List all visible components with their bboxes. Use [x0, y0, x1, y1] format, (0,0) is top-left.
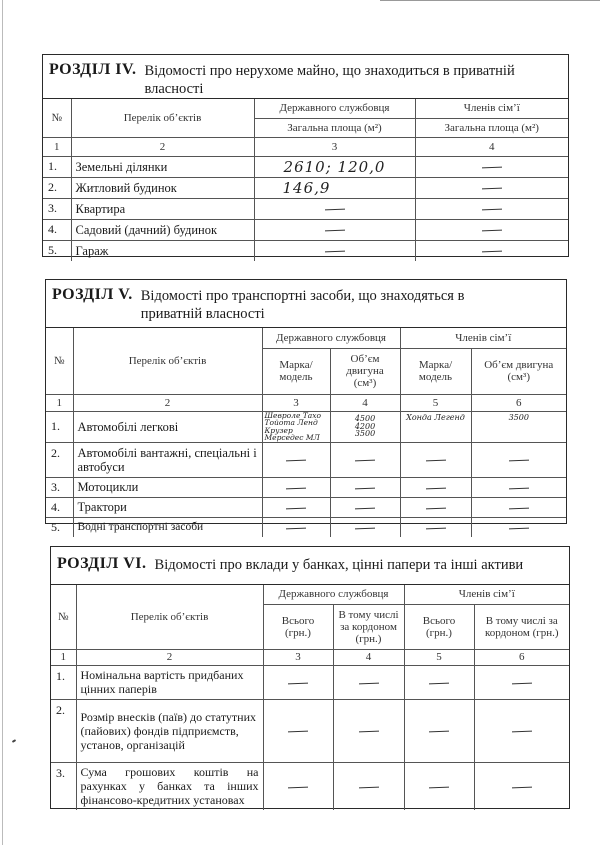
col-header-no: №	[46, 328, 73, 394]
table-row: 2. Житловий будинок 146,9	[43, 177, 568, 198]
page-edge	[380, 0, 600, 1]
col-header-abroad: В тому числі за кордоном (грн.)	[333, 604, 404, 649]
column-number: 1	[46, 394, 73, 411]
row-number: 3.	[43, 198, 71, 219]
table-row: 2. Автомобілі вантажні, спеціальні і авт…	[46, 442, 566, 477]
dash-value	[333, 665, 404, 699]
dash-value	[263, 762, 333, 810]
row-item: Гараж	[71, 240, 254, 261]
dash-mark	[288, 786, 308, 788]
col-header-objects: Перелік об’єктів	[73, 328, 262, 394]
row-item: Трактори	[73, 497, 262, 517]
col-header-civil-servant: Державного службовця	[254, 99, 415, 118]
table-row: 1. Номінальна вартість придбаних цінних …	[51, 665, 569, 699]
dash-value	[262, 497, 330, 517]
column-number: 1	[43, 137, 71, 156]
row-number: 5.	[46, 517, 73, 537]
dash-value	[415, 177, 568, 198]
section-title: Відомості про транспортні засоби, що зна…	[141, 286, 471, 327]
row-item: Автомобілі легкові	[73, 411, 262, 442]
col-header-make-model: Марка/ модель	[400, 348, 471, 394]
col-header-civil-servant: Державного службовця	[263, 585, 404, 604]
dash-value	[474, 699, 569, 762]
table-row: 3. Квартира	[43, 198, 568, 219]
column-number: 5	[400, 394, 471, 411]
row-number: 1.	[46, 411, 73, 442]
col-header-family: Членів сім’ї	[415, 99, 568, 118]
dash-mark	[429, 786, 449, 788]
scan-speck	[12, 739, 16, 743]
handwritten-value: 2610; 120,0	[254, 156, 415, 177]
row-number: 4.	[43, 219, 71, 240]
handwritten-value: Мерседес МЛ	[265, 434, 330, 442]
table-row: 5. Водні транспортні засоби	[46, 517, 566, 537]
column-number: 4	[415, 137, 568, 156]
column-number: 2	[71, 137, 254, 156]
dash-mark	[358, 786, 378, 788]
dash-mark	[512, 682, 532, 684]
dash-mark	[509, 507, 529, 509]
dash-value	[400, 442, 471, 477]
dash-value	[404, 762, 474, 810]
dash-value	[262, 442, 330, 477]
row-item: Житловий будинок	[71, 177, 254, 198]
table-row: 2. Розмір внесків (паїв) до статутних (п…	[51, 699, 569, 762]
dash-mark	[288, 731, 308, 733]
dash-mark	[288, 682, 308, 684]
dash-mark	[482, 167, 502, 169]
dash-mark	[324, 230, 344, 232]
section-6-bank-assets: РОЗДІЛ VI. Відомості про вклади у банках…	[50, 546, 570, 809]
dash-mark	[286, 460, 306, 462]
col-header-engine: Об’єм двигуна (см³)	[330, 348, 400, 394]
col-header-objects: Перелік об’єктів	[71, 99, 254, 137]
handwritten-value: 146,9	[254, 177, 415, 198]
dash-value	[330, 477, 400, 497]
table-row: 1. Автомобілі легкові Шевроле Тахо Тойот…	[46, 411, 566, 442]
section-5-header: РОЗДІЛ V. Відомості про транспортні засо…	[46, 280, 566, 328]
dash-value	[471, 477, 566, 497]
row-item: Розмір внесків (паїв) до статутних (пайо…	[76, 699, 263, 762]
column-number: 6	[471, 394, 566, 411]
dash-value	[263, 699, 333, 762]
row-item: Водні транспортні засоби	[73, 517, 262, 537]
section-6-header: РОЗДІЛ VI. Відомості про вклади у банках…	[51, 547, 569, 585]
dash-value	[400, 497, 471, 517]
dash-value	[262, 477, 330, 497]
dash-value	[404, 699, 474, 762]
dash-value	[400, 517, 471, 537]
table-row: 4. Садовий (дачний) будинок	[43, 219, 568, 240]
dash-value	[400, 477, 471, 497]
dash-value	[471, 517, 566, 537]
dash-mark	[355, 527, 375, 529]
handwritten-value: Хонда Легенд	[400, 411, 471, 442]
column-number: 6	[474, 649, 569, 665]
dash-value	[330, 497, 400, 517]
dash-mark	[512, 731, 532, 733]
section-title: Відомості про нерухоме майно, що знаходи…	[144, 61, 562, 98]
row-number: 1.	[51, 665, 76, 699]
row-item: Номінальна вартість придбаних цінних пап…	[76, 665, 263, 699]
dash-mark	[358, 682, 378, 684]
dash-mark	[425, 487, 445, 489]
section-number: РОЗДІЛ V.	[52, 286, 133, 327]
dash-value	[333, 699, 404, 762]
dash-mark	[355, 460, 375, 462]
row-number: 5.	[43, 240, 71, 261]
dash-mark	[429, 731, 449, 733]
row-item: Автомобілі вантажні, спеціальні і автобу…	[73, 442, 262, 477]
dash-mark	[509, 527, 529, 529]
handwritten-value: 3500	[471, 411, 566, 442]
col-header-area: Загальна площа (м²)	[254, 118, 415, 137]
vehicles-table: № Перелік об’єктів Державного службовця …	[46, 328, 566, 537]
dash-value	[254, 219, 415, 240]
column-number: 3	[263, 649, 333, 665]
dash-mark	[429, 682, 449, 684]
row-number: 1.	[43, 156, 71, 177]
handwritten-makes: Шевроле Тахо Тойота Ленд Крузер Мерседес…	[262, 411, 330, 442]
dash-value	[254, 240, 415, 261]
col-header-no: №	[51, 585, 76, 649]
col-header-civil-servant: Державного службовця	[262, 328, 400, 348]
column-number: 3	[262, 394, 330, 411]
column-number: 4	[330, 394, 400, 411]
dash-mark	[355, 507, 375, 509]
dash-mark	[509, 487, 529, 489]
handwritten-value: 3500	[335, 430, 396, 438]
row-number: 2.	[46, 442, 73, 477]
dash-mark	[509, 460, 529, 462]
col-header-make-model: Марка/ модель	[262, 348, 330, 394]
col-header-no: №	[43, 99, 71, 137]
dash-mark	[425, 507, 445, 509]
dash-mark	[286, 507, 306, 509]
dash-value	[471, 442, 566, 477]
section-4-header: РОЗДІЛ IV. Відомості про нерухоме майно,…	[43, 55, 568, 99]
col-header-abroad: В тому числі за кордоном (грн.)	[474, 604, 569, 649]
section-4-real-estate: РОЗДІЛ IV. Відомості про нерухоме майно,…	[42, 54, 569, 257]
dash-mark	[482, 209, 502, 211]
dash-value	[263, 665, 333, 699]
row-item: Квартира	[71, 198, 254, 219]
handwritten-engines: 4500 4200 3500	[330, 411, 400, 442]
row-number: 2.	[51, 699, 76, 762]
row-item: Земельні ділянки	[71, 156, 254, 177]
table-row: 4. Трактори	[46, 497, 566, 517]
dash-value	[474, 762, 569, 810]
dash-value	[415, 156, 568, 177]
section-title: Відомості про вклади у банках, цінні пап…	[155, 555, 524, 584]
row-item: Садовий (дачний) будинок	[71, 219, 254, 240]
col-header-engine: Об’єм двигуна (см³)	[471, 348, 566, 394]
dash-value	[415, 198, 568, 219]
dash-value	[330, 442, 400, 477]
column-number: 2	[76, 649, 263, 665]
row-number: 2.	[43, 177, 71, 198]
dash-value	[474, 665, 569, 699]
dash-mark	[286, 487, 306, 489]
table-row: 3. Сума грошових коштів на рахунках у ба…	[51, 762, 569, 810]
dash-mark	[512, 786, 532, 788]
dash-mark	[425, 460, 445, 462]
col-header-area: Загальна площа (м²)	[415, 118, 568, 137]
dash-value	[330, 517, 400, 537]
dash-mark	[482, 251, 502, 253]
row-number: 4.	[46, 497, 73, 517]
dash-value	[415, 219, 568, 240]
column-number: 4	[333, 649, 404, 665]
column-number: 3	[254, 137, 415, 156]
dash-value	[415, 240, 568, 261]
section-number: РОЗДІЛ VI.	[57, 555, 147, 584]
table-row: 1. Земельні ділянки 2610; 120,0	[43, 156, 568, 177]
dash-mark	[425, 527, 445, 529]
row-item: Сума грошових коштів на рахунках у банка…	[76, 762, 263, 810]
real-estate-table: № Перелік об’єктів Державного службовця …	[43, 99, 568, 261]
section-5-vehicles: РОЗДІЛ V. Відомості про транспортні засо…	[45, 279, 567, 524]
table-row: 5. Гараж	[43, 240, 568, 261]
page-edge	[2, 0, 3, 845]
row-number: 3.	[51, 762, 76, 810]
dash-mark	[324, 251, 344, 253]
col-header-total: Всього (грн.)	[404, 604, 474, 649]
table-row: 3. Мотоцикли	[46, 477, 566, 497]
handwritten-value: Тойота Ленд Крузер	[265, 419, 330, 434]
row-item: Мотоцикли	[73, 477, 262, 497]
dash-value	[404, 665, 474, 699]
dash-mark	[482, 230, 502, 232]
column-number: 5	[404, 649, 474, 665]
section-number: РОЗДІЛ IV.	[49, 61, 136, 98]
col-header-family: Членів сім’ї	[404, 585, 569, 604]
dash-mark	[324, 209, 344, 211]
bank-assets-table: № Перелік об’єктів Державного службовця …	[51, 585, 569, 810]
col-header-objects: Перелік об’єктів	[76, 585, 263, 649]
dash-mark	[286, 527, 306, 529]
col-header-total: Всього (грн.)	[263, 604, 333, 649]
column-number: 2	[73, 394, 262, 411]
row-number: 3.	[46, 477, 73, 497]
dash-value	[471, 497, 566, 517]
col-header-family: Членів сім’ї	[400, 328, 566, 348]
dash-mark	[355, 487, 375, 489]
dash-mark	[482, 188, 502, 190]
dash-mark	[358, 731, 378, 733]
column-number: 1	[51, 649, 76, 665]
dash-value	[254, 198, 415, 219]
dash-value	[262, 517, 330, 537]
dash-value	[333, 762, 404, 810]
